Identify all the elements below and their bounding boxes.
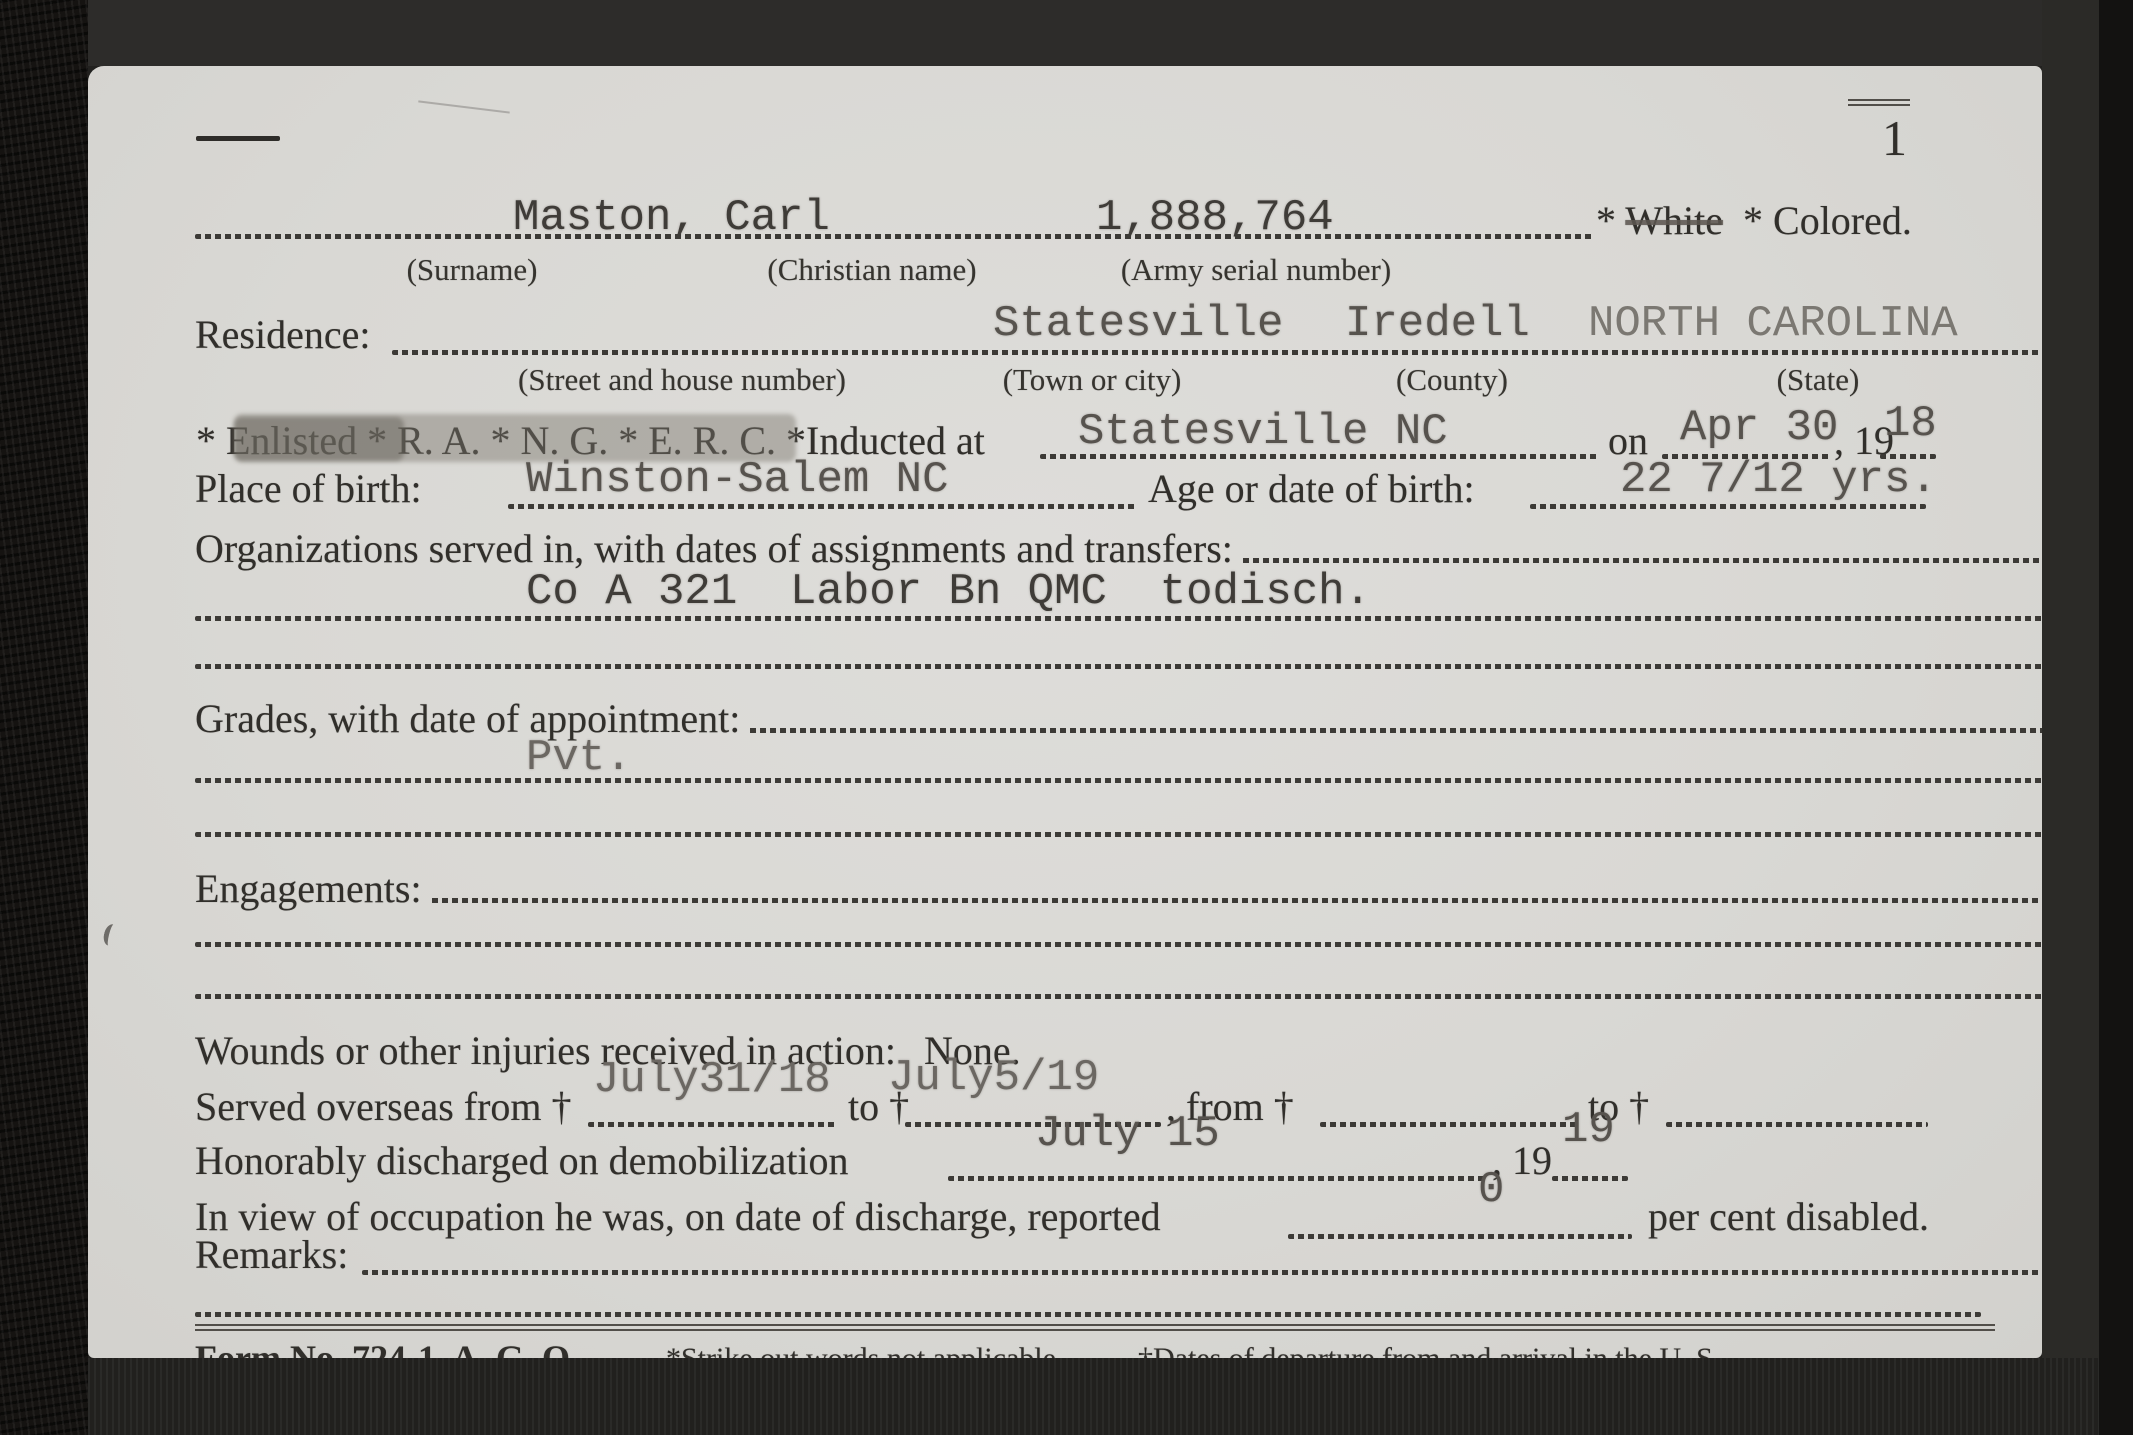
dotted-line (392, 350, 2042, 355)
top-left-tally-mark (196, 136, 280, 141)
race-white-struck: White (1625, 198, 1723, 243)
page-number: 1 (1882, 110, 1907, 168)
inducted-place-value: Statesville NC (1078, 408, 1448, 456)
dotted-line (195, 234, 1595, 239)
dotted-line (195, 832, 2042, 837)
grade-value: Pvt. (526, 734, 632, 782)
race-options: * White * Colored. (1596, 198, 1912, 244)
top-right-tally-mark (1848, 99, 1910, 106)
dotted-line (195, 778, 2042, 783)
residence-label: Residence: (195, 312, 371, 358)
engagements-label: Engagements: (195, 866, 422, 912)
serial-caption: (Army serial number) (1121, 252, 1391, 288)
surname-caption: (Surname) (407, 252, 538, 288)
dotted-line (362, 1270, 2042, 1275)
disability-value: 0 (1478, 1166, 1504, 1214)
scan-edge-left (0, 0, 88, 1435)
dotted-line (1552, 1176, 1628, 1181)
engagements-row: Engagements: (195, 866, 2042, 912)
dotted-line (948, 1176, 1485, 1181)
residence-state-value: NORTH CAROLINA (1588, 300, 1958, 348)
race-asterisk: * (1596, 198, 1625, 243)
race-colored: * Colored. (1723, 198, 1912, 243)
dotted-line (195, 616, 2042, 621)
double-rule (195, 1324, 1995, 1331)
record-card: 1 Maston, Carl 1,888,764 * White * Color… (88, 66, 2042, 1358)
dotted-line (1288, 1234, 1632, 1239)
scan-edge-far-right (2099, 0, 2133, 1435)
organizations-value: Co A 321 Labor Bn QMC todisch. (526, 568, 1371, 616)
residence-town-value: Statesville (993, 300, 1283, 348)
discharge-date-value: July 15 (1035, 1110, 1220, 1158)
county-caption: (County) (1396, 362, 1508, 398)
dotted-line (1666, 1122, 1928, 1127)
scan-edge-bottom (88, 1358, 2133, 1435)
form-number: Form No. 724-1. A. G. O. (195, 1338, 579, 1358)
street-caption: (Street and house number) (518, 362, 846, 398)
overseas-from-label: Served overseas from † (195, 1084, 572, 1130)
discharge-year-value: 19 (1562, 1106, 1615, 1154)
disability-suffix: per cent disabled. (1648, 1194, 1929, 1240)
discharge-label: Honorably discharged on demobilization (195, 1138, 849, 1184)
birth-place-label: Place of birth: (195, 466, 422, 512)
town-caption: (Town or city) (1003, 362, 1182, 398)
dotted-line (750, 728, 2042, 733)
organizations-label: Organizations served in, with dates of a… (195, 526, 1233, 572)
dotted-line (195, 1312, 1981, 1317)
inducted-date-value: Apr 30 (1680, 404, 1838, 452)
christian-name-caption: (Christian name) (767, 252, 976, 288)
dotted-line (195, 994, 2042, 999)
age-label: Age or date of birth: (1148, 466, 1475, 512)
birth-place-value: Winston-Salem NC (526, 456, 948, 504)
dotted-line (432, 898, 2042, 903)
stray-mark (102, 923, 121, 948)
strikeout-smear (234, 417, 404, 461)
remarks-label: Remarks: (195, 1232, 348, 1278)
scanned-service-card: 1 Maston, Carl 1,888,764 * White * Color… (0, 0, 2133, 1435)
footnote-strike-out: *Strike out words not applicable. (666, 1342, 1063, 1358)
dotted-line (195, 942, 2042, 947)
overseas-to-value: July5/19 (888, 1054, 1099, 1102)
grades-row: Grades, with date of appointment: (195, 696, 2042, 742)
state-caption: (State) (1777, 362, 1860, 398)
organizations-row: Organizations served in, with dates of a… (195, 526, 2042, 572)
paper-scratch (418, 100, 510, 113)
dotted-line (1243, 558, 2042, 563)
footnote-dates: †Dates of departure from and arrival in … (1138, 1342, 1720, 1358)
grades-label: Grades, with date of appointment: (195, 696, 740, 742)
dotted-line (1320, 1122, 1580, 1127)
dotted-line (195, 664, 2042, 669)
scan-edge-top (88, 0, 2133, 66)
dotted-line (588, 1122, 838, 1127)
age-value: 22 7/12 yrs. (1620, 456, 1937, 504)
inducted-year-value: 18 (1884, 400, 1937, 448)
residence-county-value: Iredell (1345, 300, 1530, 348)
overseas-from-value: July31/18 (593, 1056, 831, 1104)
